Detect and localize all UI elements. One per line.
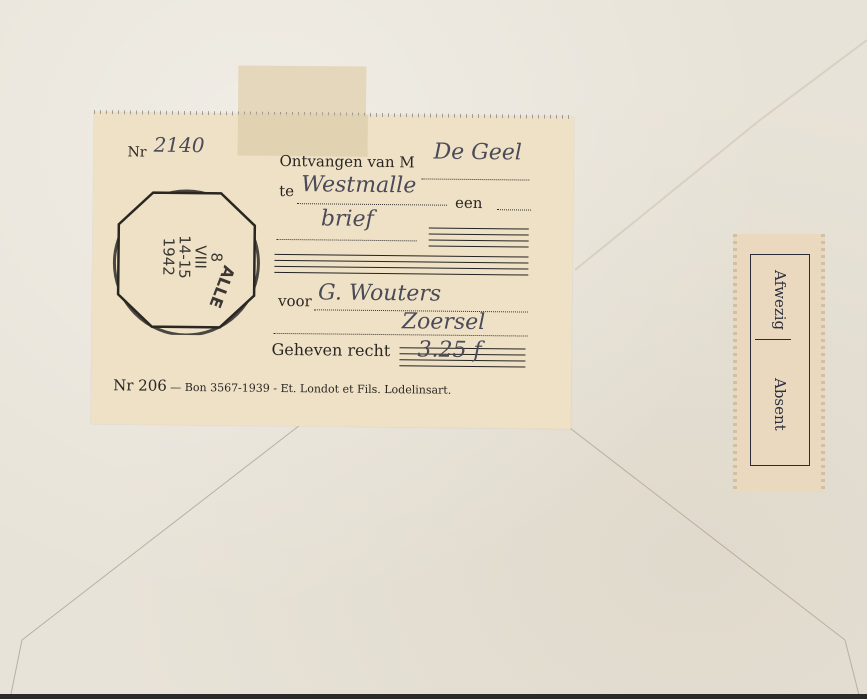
envelope-back: Nr 2140 Ontvangen van M De Geel te Westm… — [0, 0, 867, 699]
fee-label: Geheven recht — [271, 340, 390, 360]
for-city-value: Zoersel — [402, 309, 486, 335]
registered-mail-receipt: Nr 2140 Ontvangen van M De Geel te Westm… — [91, 112, 574, 429]
item-value: brief — [321, 206, 374, 232]
received-from-label: Ontvangen van M — [279, 152, 414, 171]
strike-rule — [429, 228, 529, 230]
postmark-time: 14-15 — [176, 227, 193, 287]
strike-rule — [274, 260, 528, 264]
at-value: Westmalle — [301, 172, 416, 198]
adhesive-tape-overlap — [238, 114, 368, 157]
strike-rule — [429, 240, 529, 242]
received-from-line — [421, 177, 529, 180]
an-line — [497, 208, 531, 210]
number-value: 2140 — [154, 133, 205, 158]
fee-value: 3.25 f — [417, 337, 481, 363]
at-label: te — [279, 182, 294, 200]
item-line — [277, 238, 417, 241]
at-line — [297, 202, 447, 206]
scan-edge — [0, 694, 867, 699]
postmark: 8 VIII 14-15 1942 ALLE — [104, 184, 268, 336]
strike-rule — [429, 234, 529, 236]
strike-rule — [429, 246, 529, 248]
absent-label-divider — [755, 339, 791, 340]
strike-rule — [274, 272, 528, 276]
received-from-value: De Geel — [433, 140, 522, 166]
footer-printer: — Bon 3567-1939 - Et. Londot et Fils. Lo… — [170, 381, 451, 397]
absent-label-french: Absent — [771, 378, 789, 431]
perforation-edge — [733, 234, 737, 492]
strike-rule — [399, 365, 525, 367]
postmark-month: VIII — [192, 227, 209, 287]
receipt-footer: Nr 206 — Bon 3567-1939 - Et. Londot et F… — [113, 376, 451, 398]
for-value: G. Wouters — [318, 280, 441, 306]
perforation-edge — [821, 234, 825, 492]
number-label: Nr — [127, 144, 146, 160]
for-label: voor — [278, 292, 312, 310]
strike-rule — [274, 266, 528, 270]
an-label: een — [455, 194, 483, 212]
absent-label: Afwezig Absent — [733, 234, 825, 492]
absent-label-dutch: Afwezig — [771, 270, 789, 330]
footer-number: Nr 206 — [113, 376, 167, 395]
strike-rule — [275, 254, 529, 258]
